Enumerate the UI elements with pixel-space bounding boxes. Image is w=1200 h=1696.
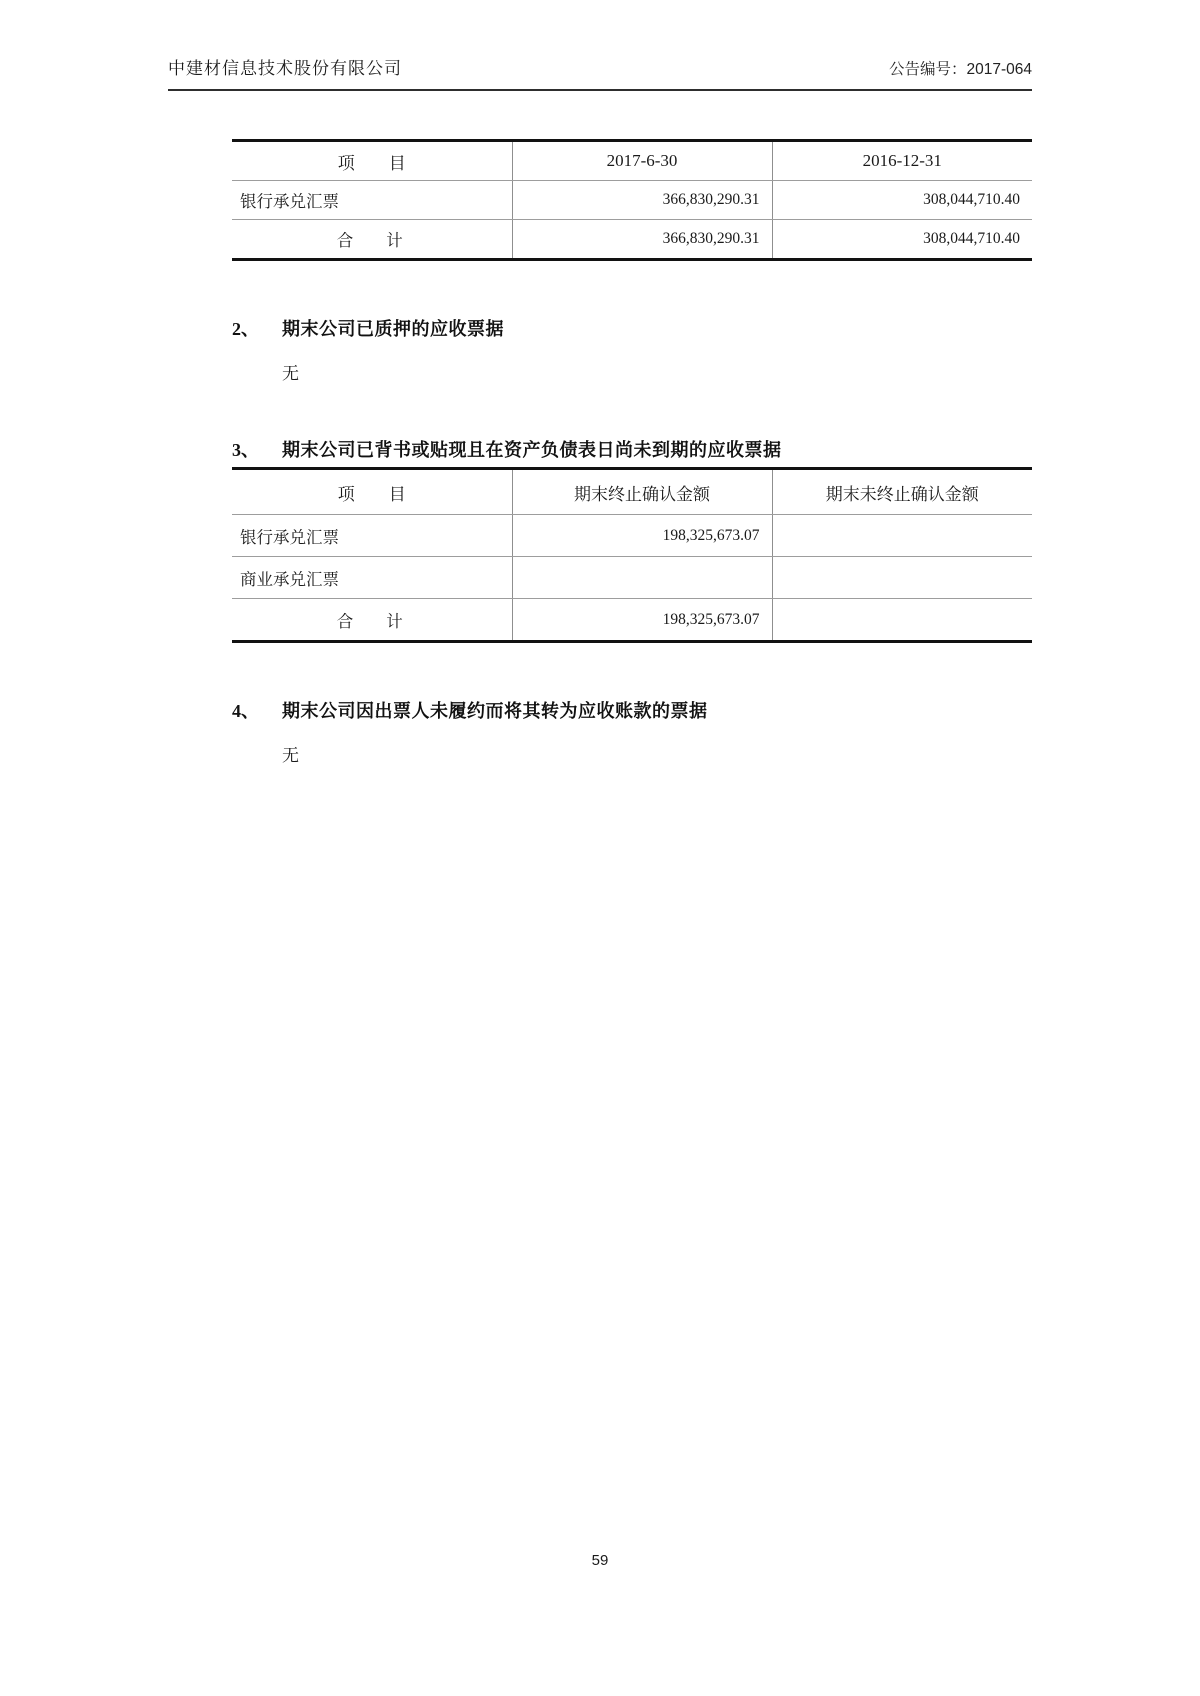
company-name: 中建材信息技术股份有限公司 [168,54,402,79]
table-row-commercial-acceptance: 商业承兑汇票 [232,557,1032,599]
section-number: 2、 [232,315,282,341]
page-number: 59 [0,1552,1200,1569]
section-number: 4、 [232,697,282,723]
announcement-number: 公告编号：2017-064 [889,57,1032,79]
row-label: 合 计 [232,220,512,260]
table-row-bank-acceptance: 银行承兑汇票 198,325,673.07 [232,515,1032,557]
value-cell [772,557,1032,599]
value-cell: 198,325,673.07 [512,599,772,642]
document-page: 中建材信息技术股份有限公司 公告编号：2017-064 项 目 2017-6-3… [168,0,1032,766]
column-header-2016-12-31: 2016-12-31 [772,141,1032,181]
bills-comparison-table: 项 目 2017-6-30 2016-12-31 银行承兑汇票 366,830,… [232,139,1032,261]
section-title: 期末公司已背书或贴现且在资产负债表日尚未到期的应收票据 [282,436,782,462]
table-row-total: 合 计 366,830,290.31 308,044,710.40 [232,220,1032,260]
page-header: 中建材信息技术股份有限公司 公告编号：2017-064 [168,54,1032,91]
section-title: 期末公司因出票人未履约而将其转为应收账款的票据 [282,697,708,723]
column-header-2017-6-30: 2017-6-30 [512,141,772,181]
table-header-row: 项 目 期末终止确认金额 期末未终止确认金额 [232,469,1032,515]
endorsed-discounted-bills-table: 项 目 期末终止确认金额 期末未终止确认金额 银行承兑汇票 198,325,67… [232,467,1032,643]
table-header-row: 项 目 2017-6-30 2016-12-31 [232,141,1032,181]
value-cell: 308,044,710.40 [772,220,1032,260]
value-cell: 366,830,290.31 [512,181,772,220]
row-label: 银行承兑汇票 [232,515,512,557]
column-header-item: 项 目 [232,141,512,181]
column-header-item: 项 目 [232,469,512,515]
row-label: 银行承兑汇票 [232,181,512,220]
section-heading-2: 2、 期末公司已质押的应收票据 [232,315,1032,341]
announcement-value: 2017-064 [966,61,1032,78]
value-cell [772,515,1032,557]
row-label: 合 计 [232,599,512,642]
column-header-not-derecognized: 期末未终止确认金额 [772,469,1032,515]
value-cell [512,557,772,599]
value-cell: 366,830,290.31 [512,220,772,260]
table-row-total: 合 计 198,325,673.07 [232,599,1032,642]
value-cell: 198,325,673.07 [512,515,772,557]
section-body-4: 无 [282,741,1032,766]
section-body-2: 无 [282,359,1032,384]
section-title: 期末公司已质押的应收票据 [282,315,504,341]
table-row-bank-acceptance: 银行承兑汇票 366,830,290.31 308,044,710.40 [232,181,1032,220]
section-heading-3: 3、 期末公司已背书或贴现且在资产负债表日尚未到期的应收票据 [232,436,1032,462]
column-header-derecognized: 期末终止确认金额 [512,469,772,515]
announcement-label: 公告编号： [889,61,967,78]
value-cell [772,599,1032,642]
row-label: 商业承兑汇票 [232,557,512,599]
section-heading-4: 4、 期末公司因出票人未履约而将其转为应收账款的票据 [232,697,1032,723]
value-cell: 308,044,710.40 [772,181,1032,220]
section-number: 3、 [232,436,282,462]
